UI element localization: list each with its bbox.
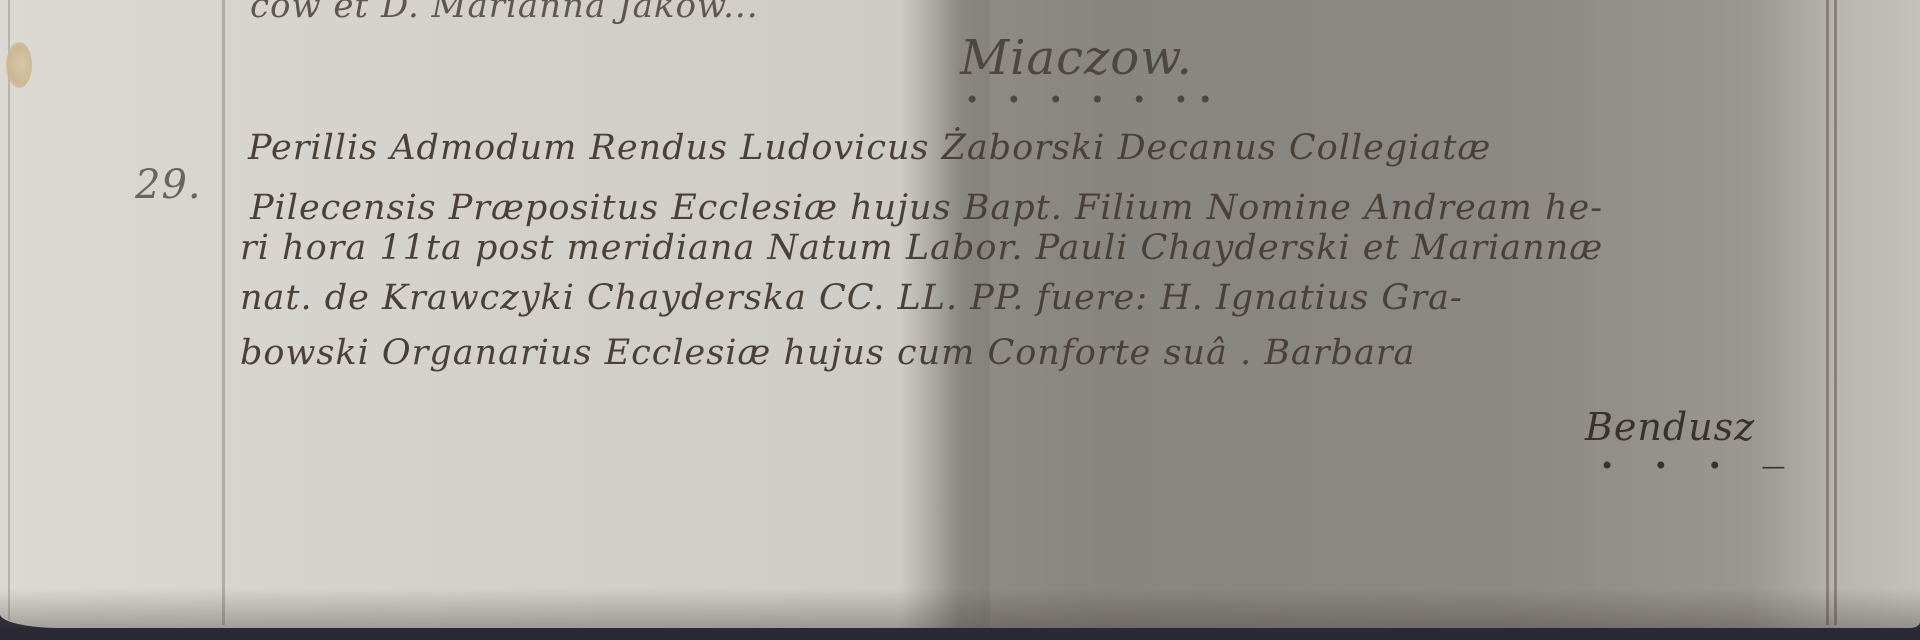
- right-margin-rule: [1826, 0, 1829, 625]
- paper-stain: [6, 42, 32, 88]
- signature-flourish: • • • —: [1600, 452, 1801, 480]
- page-edge: [8, 0, 10, 620]
- left-margin-rule: [222, 0, 225, 625]
- entry-line-1: Perillis Admodum Rendus Ludovicus Żabors…: [248, 128, 1491, 168]
- entry-line-5: bowski Organarius Ecclesiæ hujus cum Con…: [240, 333, 1415, 373]
- register-page: cow et D. Marianna Jakow... Miaczow. • •…: [0, 0, 1920, 628]
- place-heading: Miaczow.: [960, 30, 1193, 86]
- entry-line-4: nat. de Krawczyki Chayderska CC. LL. PP.…: [240, 278, 1463, 318]
- priest-signature: Bendusz: [1585, 405, 1755, 449]
- heading-dots: • • • • • ••: [965, 86, 1222, 114]
- previous-entry-fragment: cow et D. Marianna Jakow...: [250, 0, 759, 26]
- entry-number: 29.: [135, 162, 202, 208]
- entry-line-3: ri hora 11ta post meridiana Natum Labor.…: [240, 228, 1603, 268]
- right-margin-rule-inner: [1834, 0, 1837, 625]
- entry-line-2: Pilecensis Præpositus Ecclesiæ hujus Bap…: [250, 188, 1603, 228]
